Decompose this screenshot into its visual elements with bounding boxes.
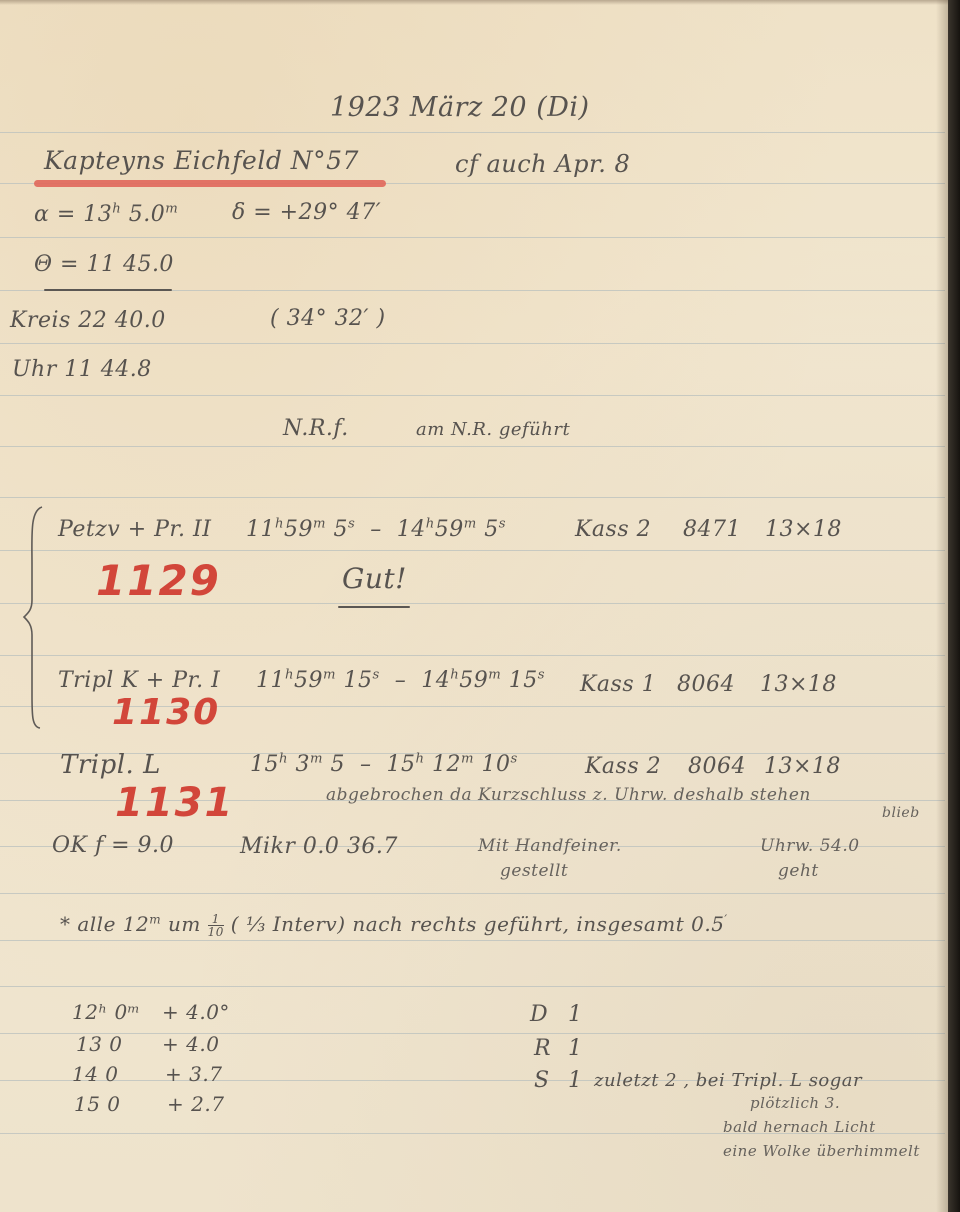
exposure-cassette: Kass 2 [575, 517, 651, 542]
ruled-line [0, 940, 945, 941]
title-red-underline [34, 180, 386, 187]
plate-number: 1130 [112, 692, 220, 733]
exposure-cassette: Kass 1 [580, 672, 656, 697]
entry-date: 1923 März 20 (Di) [330, 92, 590, 123]
notebook-binding [948, 0, 960, 1212]
exposure-instrument: Tripl. L [60, 750, 161, 780]
condition-note-line: bald hernach Licht [723, 1118, 876, 1136]
declination: δ = +29° 47′ [232, 200, 381, 225]
condition-value: 1 [568, 1068, 583, 1093]
plate-number: 1129 [96, 556, 221, 605]
clockwork-note-cont: geht [778, 861, 819, 881]
ruled-line [0, 237, 945, 238]
exposure-plate-size: 13×18 [764, 754, 841, 779]
condition-label: S [534, 1068, 550, 1093]
ruled-line [0, 655, 945, 656]
plate-number: 1131 [115, 780, 234, 826]
page-edge-shadow [936, 0, 948, 1212]
sidereal-time: Θ = 11 45.0 [34, 252, 174, 277]
ruled-line [0, 395, 945, 396]
right-ascension: α = 13h 5.0m [34, 202, 178, 227]
exposure-emulsion: 8064 [688, 754, 746, 779]
bracket-brace-icon [22, 505, 46, 730]
condition-label: D [530, 1002, 548, 1027]
ruled-line [0, 446, 945, 447]
temp-row-value: + 4.0 [162, 1032, 219, 1056]
ruled-line [0, 986, 945, 987]
exposure-plate-size: 13×18 [760, 672, 837, 697]
ruled-line [0, 550, 945, 551]
field-title: Kapteyns Eichfeld N°57 [44, 146, 359, 175]
clockwork-note: Uhrw. 54.0 [760, 836, 860, 856]
condition-value: 1 [568, 1036, 583, 1061]
exposure-remark: abgebrochen da Kurzschluss z. Uhrw. desh… [326, 785, 811, 805]
condition-note-line: plötzlich 3. [750, 1094, 840, 1112]
cross-reference: cf auch Apr. 8 [455, 150, 630, 178]
circle-reading: Kreis 22 40.0 [10, 308, 166, 333]
handfeiner-note-cont: gestellt [500, 861, 568, 881]
guiding-note: am N.R. geführt [416, 419, 570, 440]
ocular-focus: OK f = 9.0 [52, 833, 174, 858]
exposure-remark-cont: blieb [882, 805, 920, 821]
footnote: * alle 12m um 110 ( ⅓ Interv) nach recht… [60, 912, 728, 938]
temp-row-time: 13 0 [76, 1032, 123, 1056]
exposure-time-range: 11h59m 5s – 14h59m 5s [246, 517, 506, 542]
notebook-page: 1923 März 20 (Di) Kapteyns Eichfeld N°57… [0, 0, 948, 1212]
guiding-label: N.R.f. [283, 416, 349, 441]
temp-row-value: + 2.7 [167, 1092, 224, 1116]
exposure-time-range: 15h 3m 5 – 15h 12m 10s [250, 752, 518, 777]
clock-reading: Uhr 11 44.8 [12, 357, 152, 382]
ruled-line [0, 1033, 945, 1034]
exposure-emulsion: 8471 [683, 517, 741, 542]
micrometer-reading: Mikr 0.0 36.7 [240, 834, 398, 859]
temp-row-value: + 4.0° [162, 1000, 230, 1024]
ruled-line [0, 893, 945, 894]
exposure-instrument: Tripl K + Pr. I [58, 668, 220, 693]
circle-angle: ( 34° 32′ ) [270, 306, 386, 331]
temp-row-time: 12ʰ 0ᵐ [72, 1000, 140, 1024]
exposure-cassette: Kass 2 [585, 754, 661, 779]
temp-row-value: + 3.7 [165, 1062, 222, 1086]
page-top-shadow [0, 0, 948, 5]
handfeiner-note: Mit Handfeiner. [478, 836, 622, 856]
exposure-instrument: Petzv + Pr. II [58, 517, 211, 542]
condition-value: 1 [568, 1002, 583, 1027]
ruled-line [0, 497, 945, 498]
ruled-line [0, 343, 945, 344]
exposure-emulsion: 8064 [677, 672, 735, 697]
remark-underline [338, 606, 410, 608]
temp-row-time: 14 0 [72, 1062, 119, 1086]
ruled-line [0, 132, 945, 133]
theta-underline [44, 289, 172, 291]
condition-label: R [534, 1036, 551, 1061]
exposure-remark: Gut! [342, 562, 407, 595]
exposure-plate-size: 13×18 [765, 517, 842, 542]
condition-note: zuletzt 2 , bei Tripl. L sogar [594, 1070, 862, 1091]
condition-note-line: eine Wolke überhimmelt [723, 1142, 920, 1160]
exposure-time-range: 11h59m 15s – 14h59m 15s [256, 668, 545, 693]
temp-row-time: 15 0 [74, 1092, 121, 1116]
